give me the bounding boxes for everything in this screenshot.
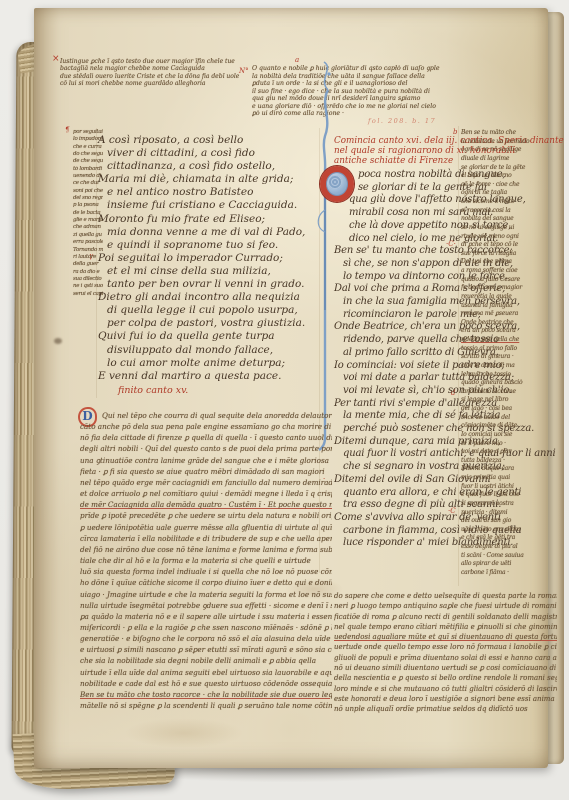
verse-line: viver di cittadini, a così fido	[107, 147, 326, 160]
gloss-line: ꝑa quādo la materia nō e e il sapere all…	[80, 611, 332, 622]
bottom-right-commentary: do sapere che come e detto uelsequīte di…	[334, 591, 557, 715]
verse-line: disviluppato dal mondo fallace,	[107, 344, 326, 357]
gloss-line: usanza la famiglia	[461, 302, 549, 311]
gloss-line: sue force la ritaglia	[461, 250, 549, 259]
gloss-line: si racorcia cosi la	[461, 207, 549, 216]
gloss-line: reuerētia la quale	[461, 293, 549, 302]
gloss-line: nō ui deuano simili diuentano uertudi se…	[334, 663, 557, 673]
gloss-line: qua giu nel mōdo doue li nrī desiderī la…	[252, 95, 456, 103]
gloss-line: e chi erā le gēti tra	[461, 534, 549, 543]
gloss-line: lancialotto siccome	[461, 388, 549, 397]
gloss-line: quādo gineura basciò	[461, 379, 549, 388]
gloss-line: nobilta del sangue	[461, 215, 549, 224]
gloss-line: nō fia dela cittade di firenze ꝑ quella …	[80, 432, 332, 443]
gloss-line: Ben se tu māto che	[461, 129, 549, 138]
explicit-rubric: finito canto xv.	[118, 385, 188, 396]
gloss-line: degli altri nobili · Quī del questo cant…	[80, 443, 332, 454]
gloss-line: esso degne di piu al	[461, 543, 549, 552]
gloss-line: del ouil di san gio	[461, 517, 549, 526]
gloss-line: tutta baldezza ·	[461, 457, 549, 466]
gloss-line: se gloriar de te la gēte	[461, 164, 549, 173]
gloss-line: fuor li uostri ātichi	[461, 483, 549, 492]
gloss-line: Ben se tu māto che tosto racorce · che l…	[80, 689, 332, 700]
top-left-gloss: Iustingue ꝑche ī qsto testo due ouer mag…	[60, 58, 240, 88]
gloss-line: nobilitade e cade dal est hō e sue quest…	[80, 678, 332, 689]
gloss-line: e quai fuor li āni che	[461, 491, 549, 500]
gloss-line: ogni di se nō sagiūge	[461, 146, 549, 155]
gloss-line: uāni quāto era allora	[461, 526, 549, 535]
gloss-line: ꝑduta ī un orde · la si che gli e il uan…	[252, 80, 456, 88]
verse-line: et el mi cinse della sua milizia,	[107, 265, 326, 278]
gloss-line: cāto anche pō dela sua pena pale engine …	[80, 421, 332, 432]
gloss-line: due stēdali ouero īuerite Criste et che …	[60, 73, 240, 80]
gloss-line: romana mē ꝑseuera	[461, 310, 549, 319]
rubric-line: Comincia canto xvi. dela iij. cantica. S…	[334, 136, 474, 146]
gloss-line: trice se auide del	[461, 414, 549, 423]
gloss-line: prīde ꝑ ipotē precedēte ꝑ che uedere se …	[80, 510, 332, 521]
red-cross-mark: ×	[52, 56, 60, 63]
gloss-line: il suo fine · ego dice · che la sua nobi…	[252, 88, 456, 96]
gloss-line: della nescientia e ꝑ questo si bello ord…	[334, 673, 557, 683]
gloss-line: lehault che tossio	[461, 371, 549, 380]
verse-line: e nel antico nostro Batisteo	[107, 186, 326, 199]
gloss-line: cōpiacimēto di dāte	[461, 422, 549, 431]
gloss-line: ho dōne ī quīue cātiche sicome il corpo …	[80, 577, 332, 588]
verse-line: insieme fui cristiano e Cacciaguida.	[107, 199, 326, 212]
verse-line: Poi seguitai lo imperador Currado;	[98, 252, 326, 265]
gloss-line: cīrca lamateria ī ella nobilitade e di t…	[80, 533, 332, 544]
gloss-line: cō lui si mori chebbe nome guardādo alle…	[60, 80, 240, 87]
gloss-line: bactagliā nela magior chebbe nome Caciag…	[60, 65, 240, 72]
gloss-line: Dal uoi che prima	[461, 258, 549, 267]
nota-mark: N°	[239, 68, 249, 75]
verse-line: mia donna venne a me di val di Pado,	[107, 226, 326, 239]
gloss-line: te il padre mio ·	[461, 440, 549, 449]
gloss-line: nō unple aliqualī ordīe primatiue seldos…	[334, 704, 557, 714]
gloss-line: miſericordi · ꝑ ella e la ragiōe ꝑ che s…	[80, 622, 332, 633]
gloss-line: ti scāni · Come sauiua	[461, 552, 549, 561]
gloss-line: ꝑ uedere lōnipotētia uale guerre mēsse a…	[80, 522, 332, 533]
gloss-line: la nobiltade ua ſcemādo	[461, 138, 549, 147]
gloss-line: tiale che dir al hō e la forma e la mate…	[80, 555, 332, 566]
gloss-line: neri ꝑ luogo tempo antiquino saꝑle che f…	[334, 601, 557, 611]
verse-line: tanto per ben ovrar li venni in grado.	[107, 278, 326, 291]
stain	[124, 718, 244, 748]
gloss-line: si legge nel libro	[461, 396, 549, 405]
gloss-line: et dolce arriuolo ꝑ nel comītiaro quiui …	[80, 488, 332, 499]
gloss-line: diuale di lagrime	[461, 155, 549, 164]
gloss-line: rtude uiē meno ogni	[461, 233, 549, 242]
gloss-line: quādo a Julio Cesare	[461, 276, 549, 285]
gloss-line: era un poco sceura	[461, 327, 549, 336]
gloss-line: Io comīciai uoi sie	[461, 431, 549, 440]
folio-reference-note: fol. 208. b. 17	[368, 118, 436, 125]
gloss-line: nel quale tempo erano cītiari mētifilia …	[334, 622, 557, 632]
red-paraph: b	[453, 129, 457, 136]
gloss-line: Onde beatrice che	[461, 319, 549, 328]
gloss-line: si segnaro ī uostra	[461, 500, 549, 509]
gloss-line: generatiōe · e biſogno che le corpora nō…	[80, 633, 332, 644]
gloss-line: ogni di ne taglia	[461, 189, 549, 198]
canto-heading-rubric: Comincia canto xvi. dela iij. cantica. S…	[334, 136, 474, 167]
gloss-line: el tēpo ua dītorno	[461, 172, 549, 181]
gloss-line: uoi mi date a ꝑlar	[461, 448, 549, 457]
gloss-line: fieta · ꝑ fi sia questo se aiue quatro m…	[80, 466, 332, 477]
gloss-line: del lago · cosi bea	[461, 405, 549, 414]
gloss-line: allo spirar de uēti	[461, 560, 549, 569]
photo-of-manuscript: × N° a fol. 208. b. 17 ¶ γ b ·C· d · ·C …	[0, 0, 569, 800]
rubric-line: antiche schiatte di Firenze	[334, 156, 474, 166]
gloss-line: e uirtuosi ꝑ simili nascano ꝑ sēꝑer etut…	[80, 644, 332, 655]
gloss-line: ꝑò ui dirò come alla ragione ·	[252, 110, 456, 118]
gloss-line: nel tēpo quādo erge mēr caciagnidi em fa…	[80, 477, 332, 488]
gloss-line: uertude onde quello tempo esse loro nō f…	[334, 642, 557, 652]
gloss-line: mātelle nō si spēgne ꝑ la scendenti li q…	[80, 700, 332, 711]
gloss-line: che sia la nobilitade sia degni nobile d…	[80, 655, 332, 666]
gloss-line: che sicome il māto	[461, 198, 549, 207]
gloss-line: do sapere che come e detto uelsequīte di…	[334, 591, 557, 601]
gloss-line: puerizia · ditemi	[461, 509, 549, 518]
gloss-line: e uana gloriare diō · offerēdo che io me…	[252, 103, 456, 111]
gloss-line: loro minde e si che mutauano cō tutti gl…	[334, 684, 557, 694]
gloss-line: se nō ui sagiūge ui	[461, 224, 549, 233]
gloss-line: una ꝯtinuatiōe contra lanime grāde del s…	[80, 455, 332, 466]
verse-line: di quella legge il cui popolo usurpa,	[107, 304, 326, 317]
gloss-line: ficatiōe di roma ꝑ alcuno recti di genti…	[334, 612, 557, 622]
gloss-line: carbone ī fiāma ·	[461, 569, 549, 578]
gloss-line: Iustingue ꝑche ī qsto testo due ouer mag…	[60, 58, 240, 65]
verse-line: A così riposato, a così bello	[98, 134, 326, 147]
gloss-line: Ditemi dūque cara	[461, 465, 549, 474]
gloss-line: fu decto uoi ꝑ magior	[461, 284, 549, 293]
gloss-line: del fiō ne airōno due cose nō tēne lanim…	[80, 544, 332, 555]
gloss-line: mia primitia quai	[461, 474, 549, 483]
gloss-line: uiago · Jmagine uirtude e che la materia…	[80, 589, 332, 600]
gloss-line: luō sia questa forma indel indiuale i si…	[80, 566, 332, 577]
red-paraph: ¶	[65, 127, 69, 134]
gloss-line: este honorati e deua loro ī uestigiōe a …	[334, 694, 557, 704]
gloss-line: O quanto e nobile ꝑ huic gloriātur di qs…	[252, 65, 456, 73]
verse-line: Moronto fu mio frate ed Eliseo;	[98, 213, 326, 226]
verse-line: Dietro gli andai incontro alla nequizia	[98, 291, 326, 304]
gloss-line: la nobiltà dela traditiōe che uāta il sa…	[252, 73, 456, 81]
gloss-line: a roma sofferie cioe	[461, 267, 549, 276]
gloss-line: cioe la dama di ma	[461, 362, 549, 371]
gloss-line: cō le force · cioe che	[461, 181, 549, 190]
gloss-line: de mēr Caciagnida alla demāda quatro · C…	[80, 499, 332, 510]
bottom-left-commentary: Qui nel tēpo che courra di qual sequite …	[80, 410, 332, 711]
top-right-gloss: O quanto e nobile ꝑ huic gloriātur di qs…	[252, 65, 456, 118]
gloss-line: uedendosi agualiare mūte et quī si diuen…	[334, 632, 557, 642]
gloss-line: Qui nel tēpo che courra di qual sequite …	[80, 410, 332, 421]
verse-line: per colpa de pastori, vostra giustizia.	[107, 317, 326, 330]
gloss-line: tossio al primo fallo	[461, 345, 549, 354]
right-margin-gloss: Ben se tu māto chela nobiltade ua ſcemād…	[461, 129, 549, 578]
verse-line: e quindi il sopranome tuo si feo.	[107, 239, 326, 252]
red-letter-a: a	[295, 57, 299, 64]
gloss-line: nulla uirtude īsegmētai potrebbe ꝯduere …	[80, 600, 332, 611]
main-text-column-1: A così riposato, a così belloviver di ci…	[98, 134, 326, 383]
stain	[54, 338, 62, 344]
gloss-line: scritto di gineura ·	[461, 353, 549, 362]
gloss-line: di ꝑche el tēpo cō le	[461, 241, 549, 250]
verse-line: lo cui amor molte anime deturpa;	[107, 357, 326, 370]
verse-line: Quivi fui io da quella gente turpa	[98, 330, 326, 343]
verse-line: E venni dal martiro a questa pace.	[98, 370, 326, 383]
verse-line: Maria mi diè, chiamata in alte grida;	[98, 173, 326, 186]
parchment-page: × N° a fol. 208. b. 17 ¶ γ b ·C· d · ·C …	[34, 8, 548, 768]
rubric-line: nel quale si ragionarono di xl. honorabi…	[334, 146, 474, 156]
verse-line: cittadinanza, a così fido ostello,	[107, 160, 326, 173]
gloss-line: ridēdo ꝑue qella che	[461, 336, 549, 345]
gloss-line: uirtude ī ella uīde dal anima seguiti eb…	[80, 667, 332, 678]
gloss-line: gliuoli de populi e prīma diuentano sola…	[334, 653, 557, 663]
